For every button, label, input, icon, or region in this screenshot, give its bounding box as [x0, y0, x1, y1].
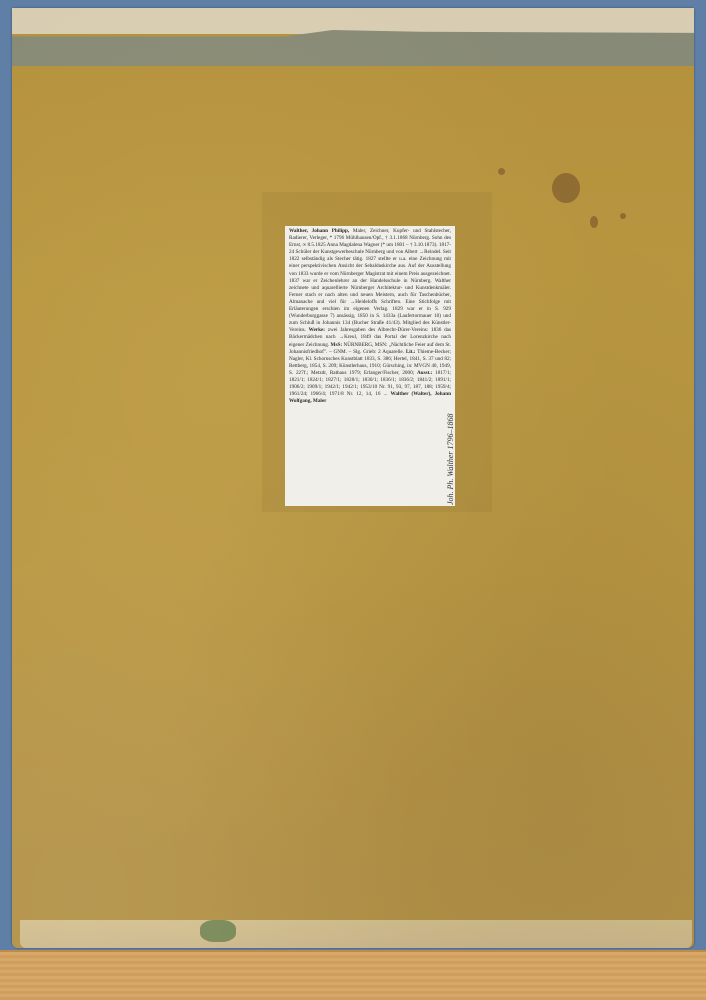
bottom-paper-strip — [20, 920, 692, 948]
label-heading: Walther, Johann Philipp, — [289, 228, 353, 234]
label-body: Maler, Zeichner, Kupfer- und Stahlsteche… — [289, 228, 451, 333]
works-label: Werke: — [309, 327, 328, 333]
stain-mark — [498, 168, 505, 175]
biographical-label: Walther, Johann Philipp, Maler, Zeichner… — [285, 226, 455, 506]
stain-mark — [552, 173, 580, 203]
handwritten-note: Joh. Ph. Walther 1796–1868 — [446, 340, 460, 505]
top-gray-band — [12, 30, 694, 66]
top-paper-strip — [12, 8, 694, 34]
ausst-label: Ausst.: — [417, 370, 435, 376]
stain-mark — [620, 213, 626, 219]
green-stain — [200, 920, 236, 942]
lit-label: Lit.: — [406, 349, 417, 355]
mss-label: MsS: — [331, 342, 344, 348]
stain-mark — [590, 216, 598, 228]
wooden-frame-edge — [0, 950, 706, 1000]
